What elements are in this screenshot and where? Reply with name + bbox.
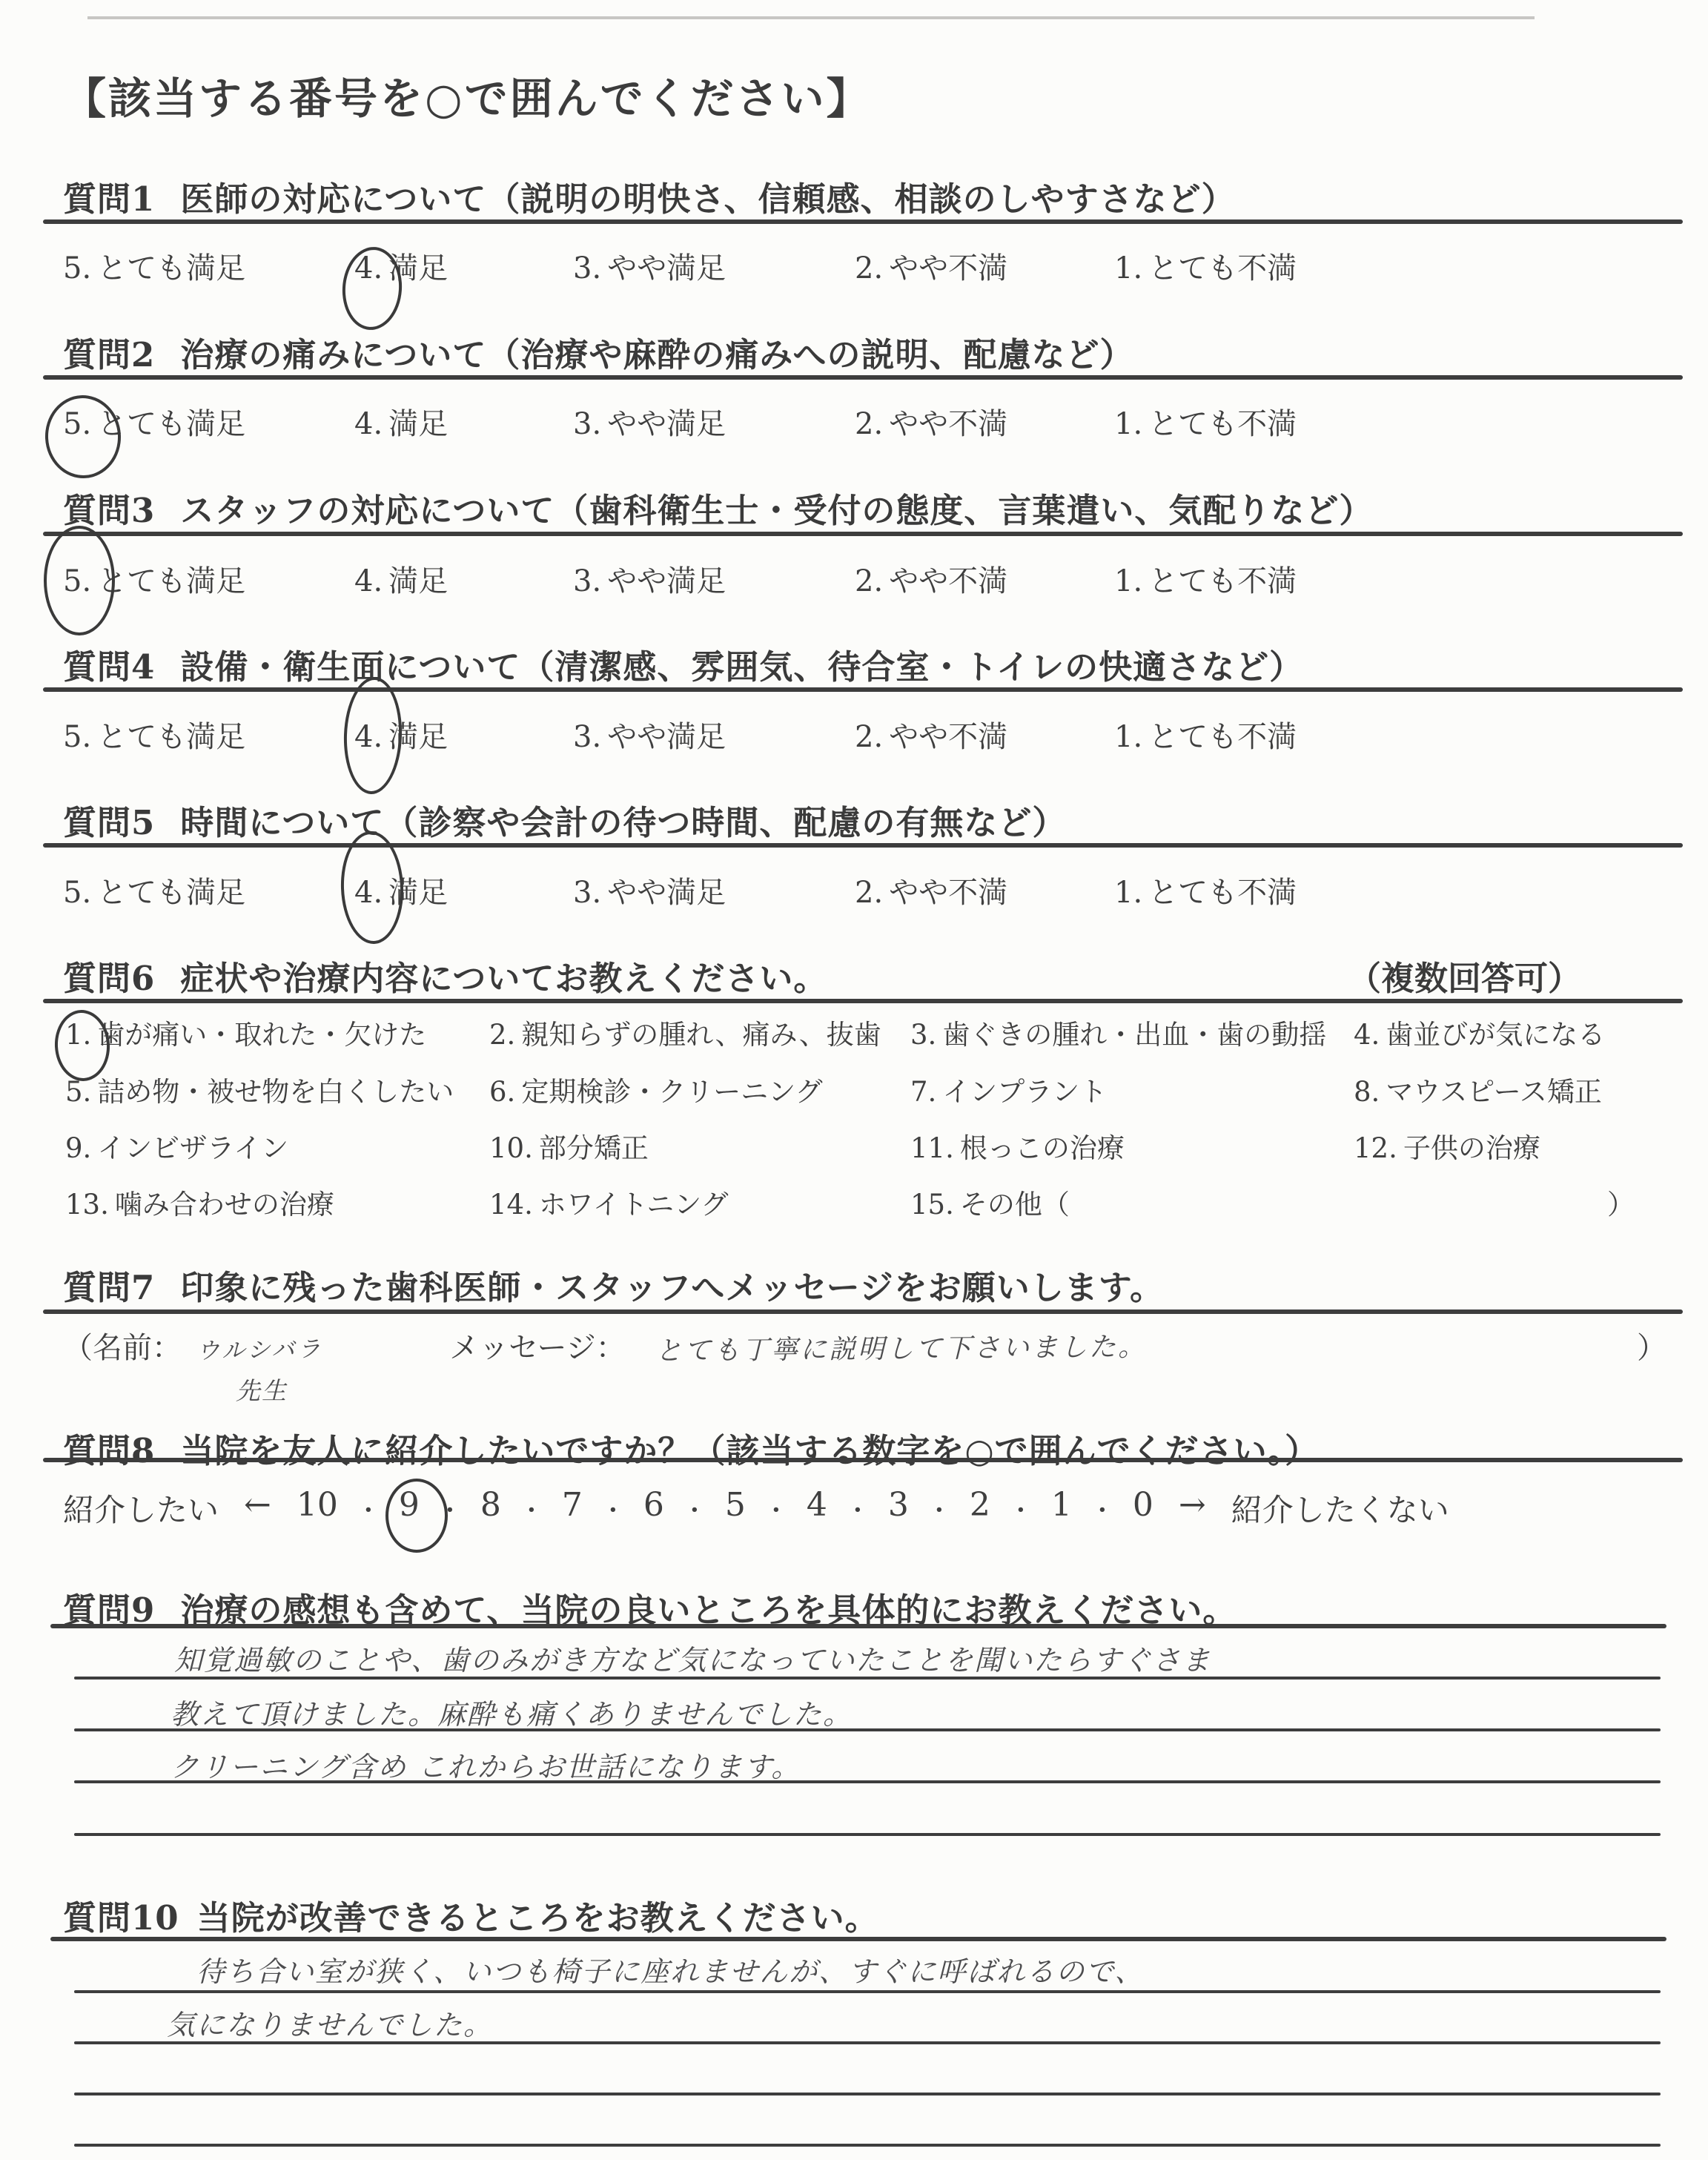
q3-option-2: 2.やや不満 bbox=[855, 558, 1007, 600]
q6-item-7: 7.インプラント bbox=[910, 1069, 1107, 1109]
q3-option-4: 4.満足 bbox=[354, 558, 448, 600]
q8-number-1: 1 bbox=[1051, 1486, 1072, 1524]
q2-title: 治療の痛みについて（治療や麻酔の痛みへの説明、配慮など） bbox=[180, 335, 1133, 374]
q8-heading: 質問8当院を友人に紹介したいですか？（該当する数字を○で囲んでください。） bbox=[63, 1424, 1319, 1472]
q2-option-4: 4.満足 bbox=[354, 400, 448, 443]
q10-heading: 質問10当院が改善できるところをお教えください。 bbox=[63, 1891, 879, 1939]
q10-writing-line-3 bbox=[74, 2093, 1661, 2095]
survey-form-page: 【該当する番号を○で囲んでください】 質問1医師の対応について（説明の明快さ、信… bbox=[0, 0, 1708, 2160]
q5-option-3: 3.やや満足 bbox=[573, 869, 726, 911]
q8-dot: ・ bbox=[356, 1486, 381, 1527]
q6-divider bbox=[43, 999, 1683, 1003]
q1-options-row: 5.とても満足 4.満足 3.やや満足 2.やや不満 1.とても不満 bbox=[0, 245, 1708, 289]
q6-item-12: 12.子供の治療 bbox=[1354, 1126, 1540, 1166]
q9-writing-line-2 bbox=[74, 1728, 1661, 1731]
q3-option-1: 1.とても不満 bbox=[1114, 558, 1297, 600]
q6-item-6: 6.定期検診・クリーニング bbox=[489, 1069, 823, 1109]
q5-heading: 質問5時間について（診察や会計の待つ時間、配慮の有無など） bbox=[63, 796, 1066, 844]
q7-name-handwritten: ウルシバラ bbox=[196, 1330, 324, 1366]
q5-option-1: 1.とても不満 bbox=[1114, 869, 1297, 911]
q6-label: 質問6 bbox=[63, 959, 155, 998]
q6-item-11: 11.根っこの治療 bbox=[910, 1126, 1125, 1166]
scan-edge-line bbox=[87, 16, 1535, 19]
q4-option-5: 5.とても満足 bbox=[63, 713, 245, 756]
q8-scale-row: 紹介したい ← 10 ・ 9 ・ 8 ・ 7 ・ 6 ・ 5 ・ 4 ・ 3 ・… bbox=[63, 1486, 1449, 1530]
q6-item-15-other: 15.その他（ bbox=[910, 1182, 1070, 1222]
q8-number-8: 8 bbox=[480, 1486, 501, 1524]
q4-title: 設備・衛生面について（清潔感、雰囲気、待合室・トイレの快適さなど） bbox=[180, 647, 1303, 687]
q4-options-row: 5.とても満足 4.満足 3.やや満足 2.やや不満 1.とても不満 bbox=[0, 713, 1708, 758]
q6-item-9: 9.インビザライン bbox=[65, 1126, 288, 1166]
q4-divider bbox=[43, 687, 1683, 692]
q6-multi-answer-note: （複数回答可） bbox=[1348, 951, 1581, 1000]
q4-heading: 質問4設備・衛生面について（清潔感、雰囲気、待合室・トイレの快適さなど） bbox=[63, 640, 1303, 688]
q5-option-5: 5.とても満足 bbox=[63, 869, 245, 911]
q8-number-6: 6 bbox=[643, 1486, 664, 1524]
q8-left-arrow: ← bbox=[244, 1486, 271, 1524]
q3-option-3: 3.やや満足 bbox=[573, 558, 726, 600]
q7-close-paren: ） bbox=[1637, 1324, 1666, 1367]
q8-number-4: 4 bbox=[807, 1486, 827, 1524]
q8-right-label: 紹介したくない bbox=[1231, 1486, 1449, 1530]
q1-option-2: 2.やや不満 bbox=[855, 245, 1007, 287]
q8-circled-answer-mark bbox=[385, 1479, 448, 1553]
q8-title: 当院を友人に紹介したいですか？（該当する数字を○で囲んでください。） bbox=[180, 1431, 1319, 1470]
q10-answer-line-2: 気になりませんでした。 bbox=[167, 2002, 493, 2043]
q7-answer-line: （名前：ウルシバラメッセージ：とても丁寧に説明して下さいました。 bbox=[63, 1324, 1147, 1367]
q1-title: 医師の対応について（説明の明快さ、信頼感、相談のしやすさなど） bbox=[180, 179, 1235, 219]
q1-option-1: 1.とても不満 bbox=[1114, 245, 1297, 287]
q6-heading: 質問6症状や治療内容についてお教えください。 bbox=[63, 951, 827, 1000]
q8-number-2: 2 bbox=[970, 1486, 990, 1524]
q3-circled-answer-mark bbox=[44, 526, 115, 635]
q5-title: 時間について（診察や会計の待つ時間、配慮の有無など） bbox=[180, 803, 1066, 842]
q3-label: 質問3 bbox=[63, 491, 155, 530]
q6-item-14: 14.ホワイトニング bbox=[489, 1182, 729, 1222]
q8-number-10: 10 bbox=[297, 1486, 338, 1524]
q3-heading: 質問3スタッフの対応について（歯科衛生士・受付の態度、言葉遣い、気配りなど） bbox=[63, 483, 1373, 532]
q7-message-handwritten: とても丁寧に説明して下さいました。 bbox=[655, 1326, 1147, 1368]
q8-dot: ・ bbox=[764, 1486, 789, 1527]
q5-option-2: 2.やや不満 bbox=[855, 869, 1007, 911]
q3-option-5: 5.とても満足 bbox=[63, 558, 245, 600]
q2-option-2: 2.やや不満 bbox=[855, 400, 1007, 443]
q4-option-3: 3.やや満足 bbox=[573, 713, 726, 756]
q1-label: 質問1 bbox=[63, 179, 155, 219]
q4-label: 質問4 bbox=[63, 647, 155, 687]
q1-option-5: 5.とても満足 bbox=[63, 245, 245, 287]
q8-dot: ・ bbox=[600, 1486, 626, 1527]
q9-answer-line-1: 知覚過敏のことや、歯のみがき方など気になっていたことを聞いたらすぐさま bbox=[174, 1637, 1211, 1678]
q8-dot: ・ bbox=[845, 1486, 870, 1527]
q7-name-label: （名前： bbox=[63, 1331, 182, 1365]
q5-options-row: 5.とても満足 4.満足 3.やや満足 2.やや不満 1.とても不満 bbox=[0, 869, 1708, 914]
q1-heading: 質問1医師の対応について（説明の明快さ、信頼感、相談のしやすさなど） bbox=[63, 172, 1236, 220]
q8-dot: ・ bbox=[682, 1486, 707, 1527]
q7-name-handwritten-line2: 先生 bbox=[236, 1372, 288, 1407]
q3-title: スタッフの対応について（歯科衛生士・受付の態度、言葉遣い、気配りなど） bbox=[180, 491, 1373, 530]
q9-writing-line-3 bbox=[74, 1780, 1661, 1783]
q7-divider bbox=[43, 1309, 1683, 1314]
q8-dot: ・ bbox=[1008, 1486, 1033, 1527]
q2-option-3: 3.やや満足 bbox=[573, 400, 726, 443]
q2-option-5: 5.とても満足 bbox=[63, 400, 245, 443]
q10-divider bbox=[50, 1937, 1666, 1941]
q8-dot: ・ bbox=[927, 1486, 952, 1527]
q8-divider bbox=[43, 1458, 1683, 1462]
q8-left-label: 紹介したい bbox=[63, 1486, 219, 1530]
q2-circled-answer-mark bbox=[43, 393, 123, 480]
q9-writing-line-1 bbox=[74, 1677, 1661, 1680]
q1-option-3: 3.やや満足 bbox=[573, 245, 726, 287]
q10-writing-line-1 bbox=[74, 1990, 1661, 1993]
q8-dot: ・ bbox=[1090, 1486, 1115, 1527]
q9-divider bbox=[50, 1624, 1666, 1628]
q10-label: 質問10 bbox=[63, 1898, 179, 1938]
q8-right-arrow: → bbox=[1179, 1486, 1206, 1524]
q5-option-4: 4.満足 bbox=[354, 869, 448, 911]
q8-number-5: 5 bbox=[725, 1486, 746, 1524]
q8-number-3: 3 bbox=[888, 1486, 909, 1524]
q9-answer-line-3: クリーニング含め これからお世話になります。 bbox=[171, 1744, 801, 1785]
q4-option-4: 4.満足 bbox=[354, 713, 448, 756]
q6-item-2: 2.親知らずの腫れ、痛み、抜歯 bbox=[489, 1012, 881, 1052]
q7-label: 質問7 bbox=[63, 1268, 155, 1307]
q8-number-9: 9 bbox=[399, 1486, 420, 1524]
q9-writing-line-4 bbox=[74, 1833, 1661, 1836]
q10-title: 当院が改善できるところをお教えください。 bbox=[197, 1898, 879, 1938]
q5-label: 質問5 bbox=[63, 803, 155, 842]
q4-option-2: 2.やや不満 bbox=[855, 713, 1007, 756]
q2-option-1: 1.とても不満 bbox=[1114, 400, 1297, 443]
q6-item-3: 3.歯ぐきの腫れ・出血・歯の動揺 bbox=[910, 1012, 1326, 1052]
q6-item-8: 8.マウスピース矯正 bbox=[1354, 1069, 1602, 1109]
q10-answer-line-1: 待ち合い室が狭く、いつも椅子に座れませんが、すぐに呼ばれるので、 bbox=[196, 1949, 1144, 1989]
q3-options-row: 5.とても満足 4.満足 3.やや満足 2.やや不満 1.とても不満 bbox=[0, 558, 1708, 602]
q6-item-5: 5.詰め物・被せ物を白くしたい bbox=[65, 1069, 454, 1109]
q3-divider bbox=[43, 532, 1683, 536]
q6-item-13: 13.噛み合わせの治療 bbox=[65, 1182, 334, 1222]
q6-item-1: 1.歯が痛い・取れた・欠けた bbox=[65, 1012, 426, 1052]
form-title: 【該当する番号を○で囲んでください】 bbox=[63, 64, 872, 126]
q1-option-4: 4.満足 bbox=[354, 245, 448, 287]
q8-label: 質問8 bbox=[63, 1431, 155, 1470]
q10-writing-line-2 bbox=[74, 2041, 1661, 2044]
q1-divider bbox=[43, 219, 1683, 224]
q6-other-close-paren: ） bbox=[1607, 1182, 1635, 1222]
q10-writing-line-4 bbox=[74, 2144, 1661, 2147]
q2-options-row: 5.とても満足 4.満足 3.やや満足 2.やや不満 1.とても不満 bbox=[0, 400, 1708, 445]
q8-number-0: 0 bbox=[1133, 1486, 1153, 1524]
q2-heading: 質問2治療の痛みについて（治療や麻酔の痛みへの説明、配慮など） bbox=[63, 328, 1134, 376]
q7-heading: 質問7印象に残った歯科医師・スタッフへメッセージをお願いします。 bbox=[63, 1261, 1164, 1309]
q8-number-7: 7 bbox=[562, 1486, 583, 1524]
q6-title: 症状や治療内容についてお教えください。 bbox=[180, 959, 827, 998]
q4-option-1: 1.とても不満 bbox=[1114, 713, 1297, 756]
q7-message-label: メッセージ： bbox=[449, 1331, 626, 1365]
q5-divider bbox=[43, 843, 1683, 848]
q7-title: 印象に残った歯科医師・スタッフへメッセージをお願いします。 bbox=[180, 1268, 1164, 1307]
q4-circled-answer-mark bbox=[342, 676, 403, 796]
q6-item-10: 10.部分矯正 bbox=[489, 1126, 649, 1166]
q6-item-4: 4.歯並びが気になる bbox=[1354, 1012, 1605, 1052]
q9-answer-line-2: 教えて頂けました。麻酔も痛くありませんでした。 bbox=[171, 1691, 853, 1732]
q2-divider bbox=[43, 375, 1683, 380]
q2-label: 質問2 bbox=[63, 335, 155, 374]
q8-dot: ・ bbox=[519, 1486, 544, 1527]
